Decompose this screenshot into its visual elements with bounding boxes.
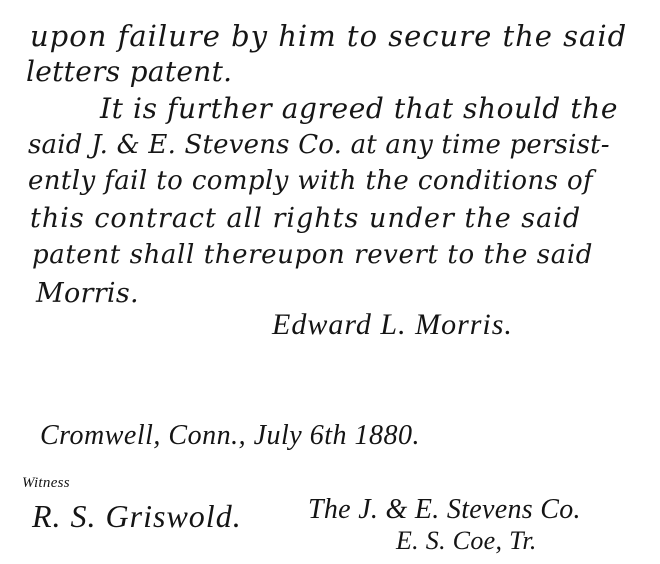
body-line-8: Morris. xyxy=(36,280,139,307)
place-and-date: Cromwell, Conn., July 6th 1880. xyxy=(40,422,420,450)
company-signer: E. S. Coe, Tr. xyxy=(396,528,537,554)
body-line-3: It is further agreed that should the xyxy=(100,95,618,123)
witness-signature: R. S. Griswold. xyxy=(32,500,242,532)
signature-edward-l-morris: Edward L. Morris. xyxy=(272,310,513,340)
body-line-2: letters patent. xyxy=(26,58,232,86)
body-line-6: this contract all rights under the said xyxy=(30,205,581,232)
body-line-1: upon failure by him to secure the said xyxy=(30,22,627,51)
witness-label: Witness xyxy=(22,476,70,491)
body-line-7: patent shall thereupon revert to the sai… xyxy=(32,242,593,268)
body-line-4: said J. & E. Stevens Co. at any time per… xyxy=(28,132,610,158)
company-signature: The J. & E. Stevens Co. xyxy=(308,496,581,524)
handwritten-document-page: upon failure by him to secure the said l… xyxy=(0,0,660,564)
body-line-5: ently fail to comply with the conditions… xyxy=(28,168,593,194)
